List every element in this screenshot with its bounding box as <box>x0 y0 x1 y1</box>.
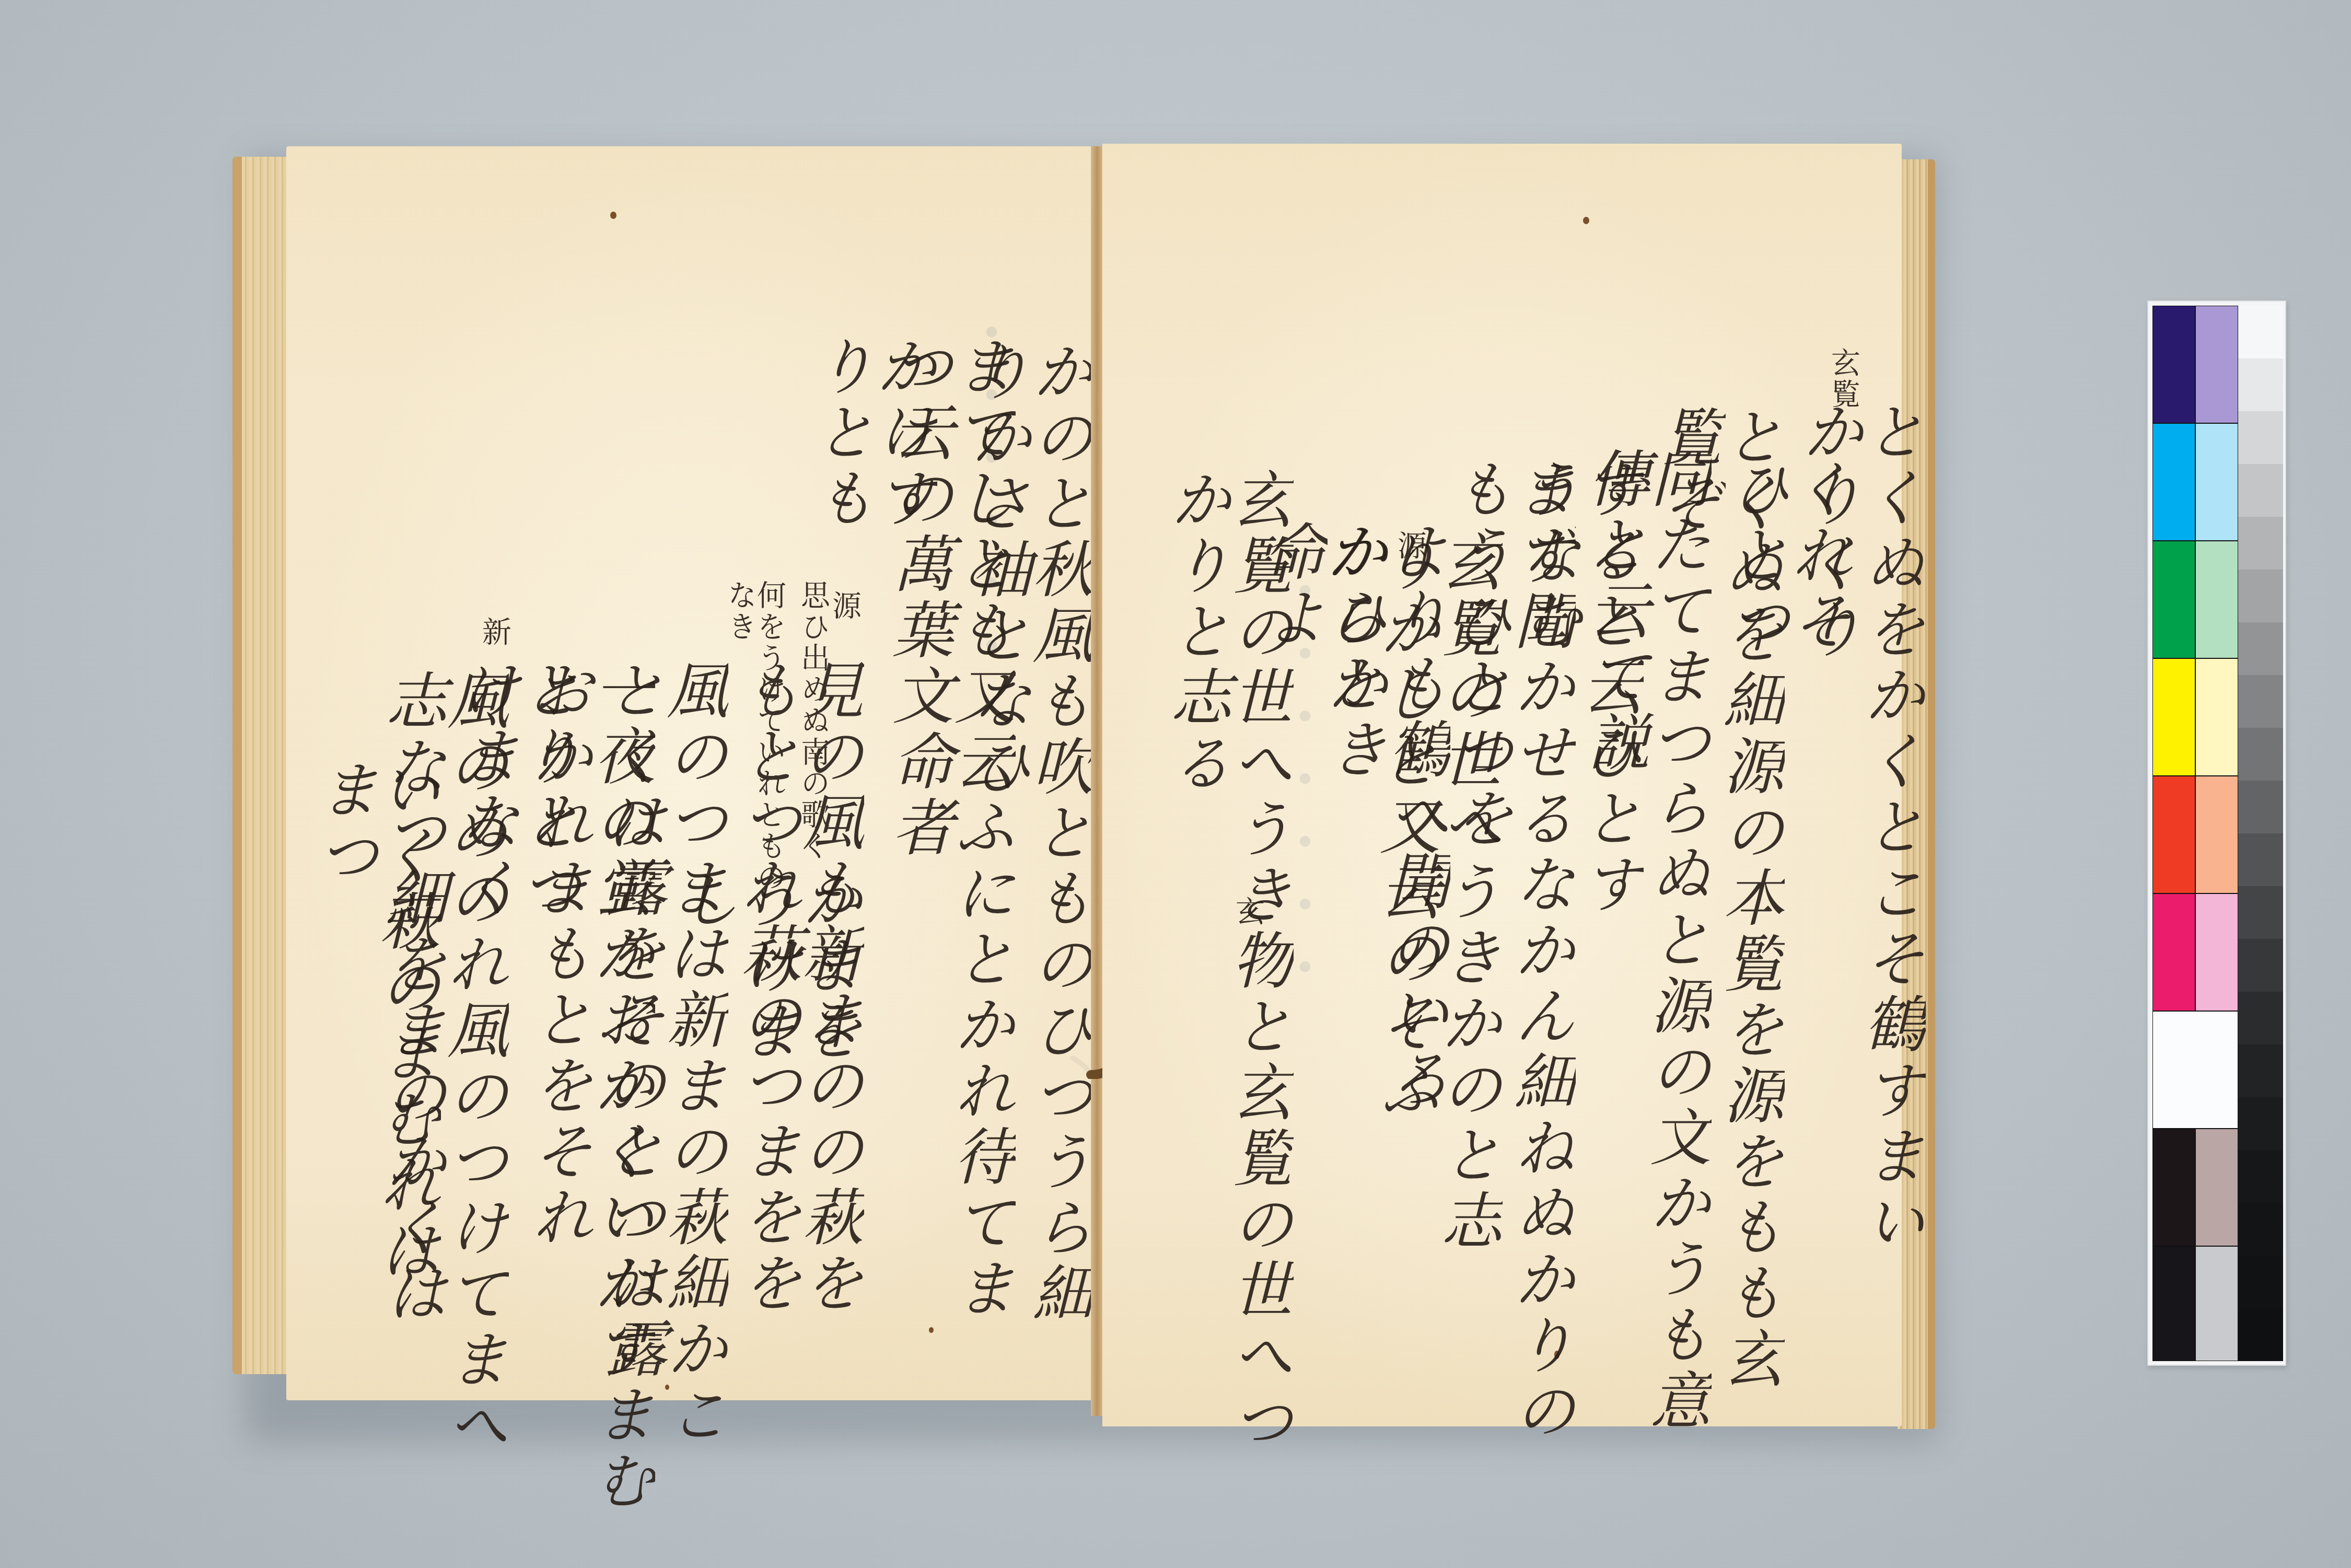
book-spread: ・・・・・・ かのと秋風も吹とものひつうら細りかさ袖となひ まてしとも又云ふにと… <box>0 0 2351 1568</box>
patch-red <box>2152 776 2195 893</box>
right-page: ・・・・・・・ 玄覧 とくぬをかくとこそ鶴すまいかりくり くれそひとつ とくぬを… <box>1102 144 1902 1426</box>
patch-peach <box>2195 776 2238 893</box>
patch-green <box>2152 541 2195 658</box>
gray-step <box>2238 464 2283 517</box>
wormhole <box>1583 217 1589 224</box>
patch-violet <box>2152 306 2195 423</box>
gray-step <box>2238 622 2283 675</box>
gray-step <box>2238 1097 2283 1150</box>
patch-white <box>2152 1011 2238 1129</box>
gray-step <box>2238 939 2283 992</box>
gray-step <box>2238 1256 2283 1308</box>
left-page: ・・・・・・ かのと秋風も吹とものひつうら細りかさ袖となひ まてしとも又云ふにと… <box>286 146 1091 1400</box>
gray-step <box>2238 570 2283 622</box>
patch-black-2 <box>2152 1246 2195 1361</box>
gray-step <box>2238 517 2283 570</box>
gray-step <box>2238 728 2283 781</box>
gray-step <box>2238 992 2283 1044</box>
gray-step <box>2238 886 2283 939</box>
annotation-note: 新 <box>480 617 509 648</box>
gray-step <box>2238 1044 2283 1097</box>
patch-taupe <box>2195 1129 2238 1246</box>
gray-step <box>2238 411 2283 464</box>
color-checker-target <box>2147 300 2286 1366</box>
patch-magenta <box>2152 893 2195 1011</box>
marginal-gloss: 何をうけていれとものなき <box>725 580 784 893</box>
patch-black <box>2152 1129 2195 1246</box>
patch-light-cyan <box>2195 423 2238 541</box>
wormhole <box>610 212 616 219</box>
text-column-10: いく萩のまむれはまつ <box>312 758 436 1306</box>
patch-pink <box>2195 893 2238 1011</box>
gray-step <box>2238 306 2283 358</box>
patch-light-yellow <box>2195 658 2238 776</box>
patch-lavender <box>2195 306 2238 423</box>
annotation-note: 源 <box>830 590 859 622</box>
patch-light-gray <box>2195 1246 2238 1361</box>
gray-step <box>2238 1150 2283 1203</box>
gray-step <box>2238 833 2283 886</box>
text-column-10: 玄覧の世へうき物と玄覧の世へつかりと志る <box>1165 468 1288 1460</box>
patch-light-green <box>2195 541 2238 658</box>
patch-yellow <box>2152 658 2195 776</box>
gray-step <box>2238 781 2283 833</box>
gray-step <box>2238 358 2283 411</box>
gray-step <box>2238 675 2283 728</box>
text-column-3: かけすりとも <box>809 334 932 596</box>
gray-step <box>2238 1308 2283 1361</box>
gray-step <box>2238 1203 2283 1256</box>
patch-cyan <box>2152 423 2195 541</box>
